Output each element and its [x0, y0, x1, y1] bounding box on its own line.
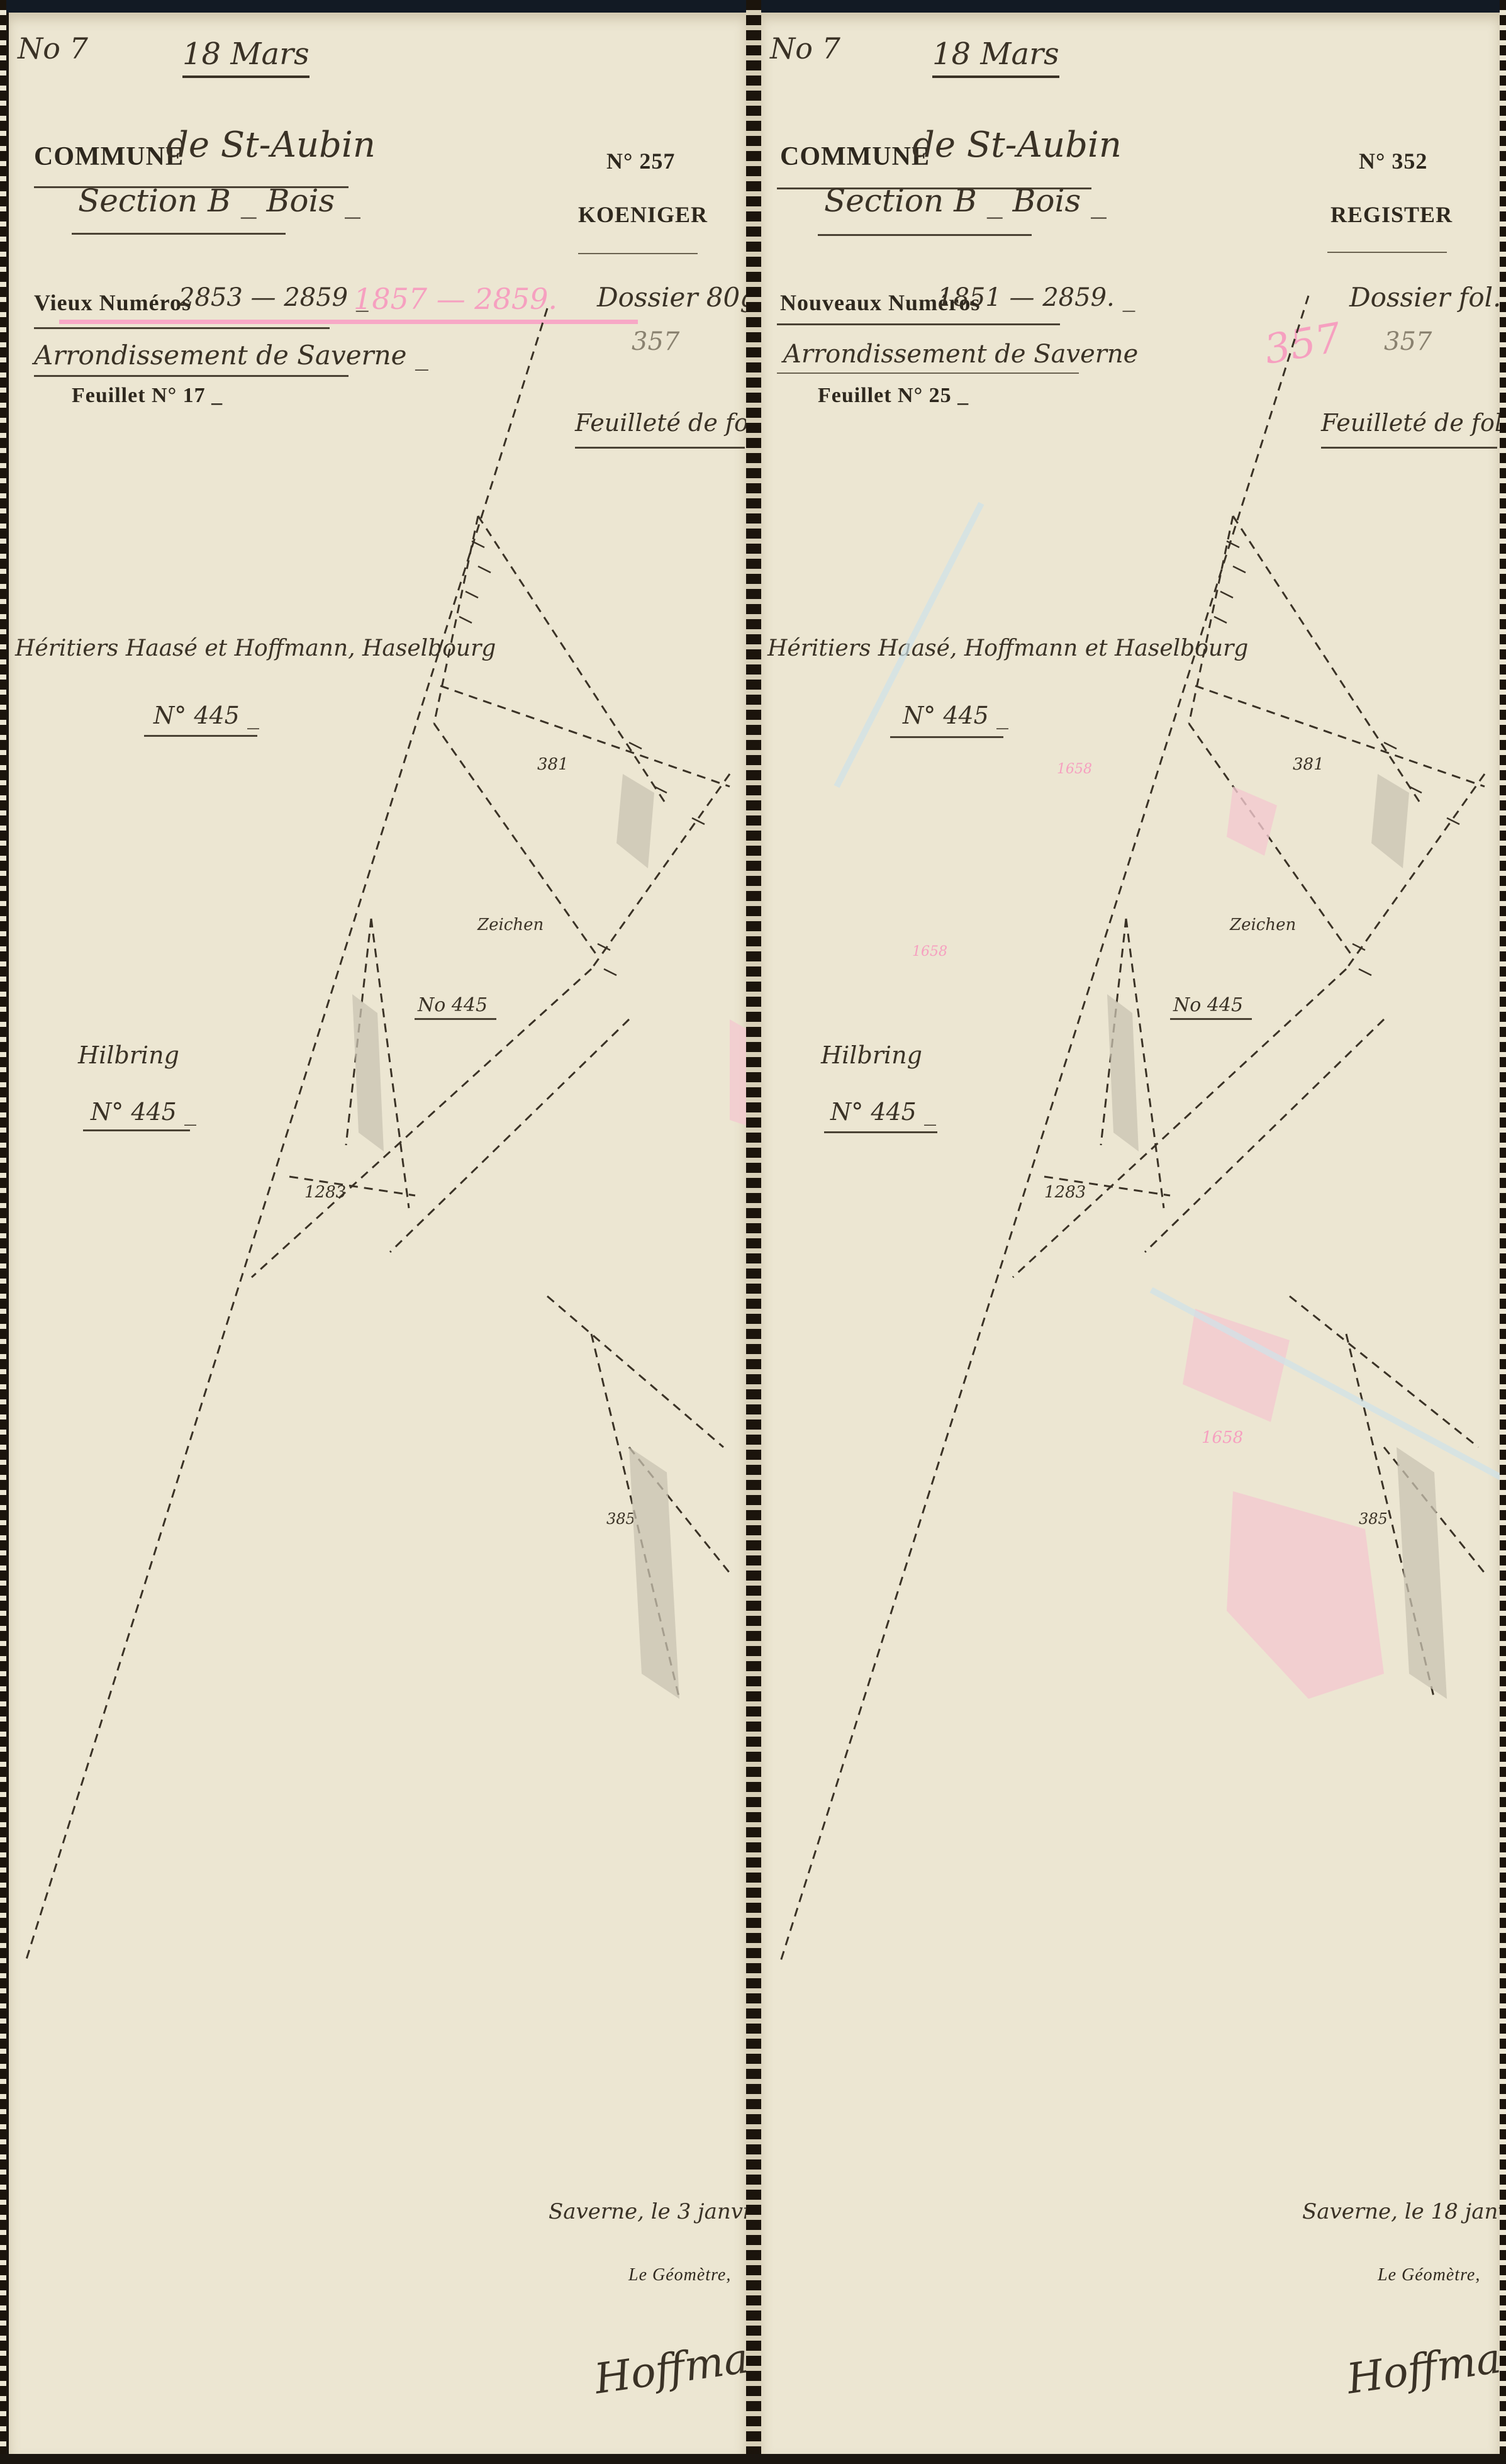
parcel-shaded [1371, 774, 1409, 868]
binding-center-divider [746, 0, 761, 2464]
parcel-shaded [629, 1447, 679, 1699]
binding-edge-left [0, 0, 6, 2464]
parcel-pink [1227, 1491, 1384, 1699]
parcel-shaded [1107, 994, 1139, 1151]
parcel-pink [1227, 787, 1277, 856]
survey-line [780, 296, 1308, 1963]
scan-bottom-edge [0, 2454, 1506, 2464]
binding-edge-right [1500, 0, 1506, 2464]
parcel-shaded [352, 994, 384, 1151]
parcel-shaded [616, 774, 654, 868]
parcel-shaded [1397, 1447, 1447, 1699]
survey-line [25, 308, 547, 1963]
parcel-pink [1183, 1309, 1290, 1422]
